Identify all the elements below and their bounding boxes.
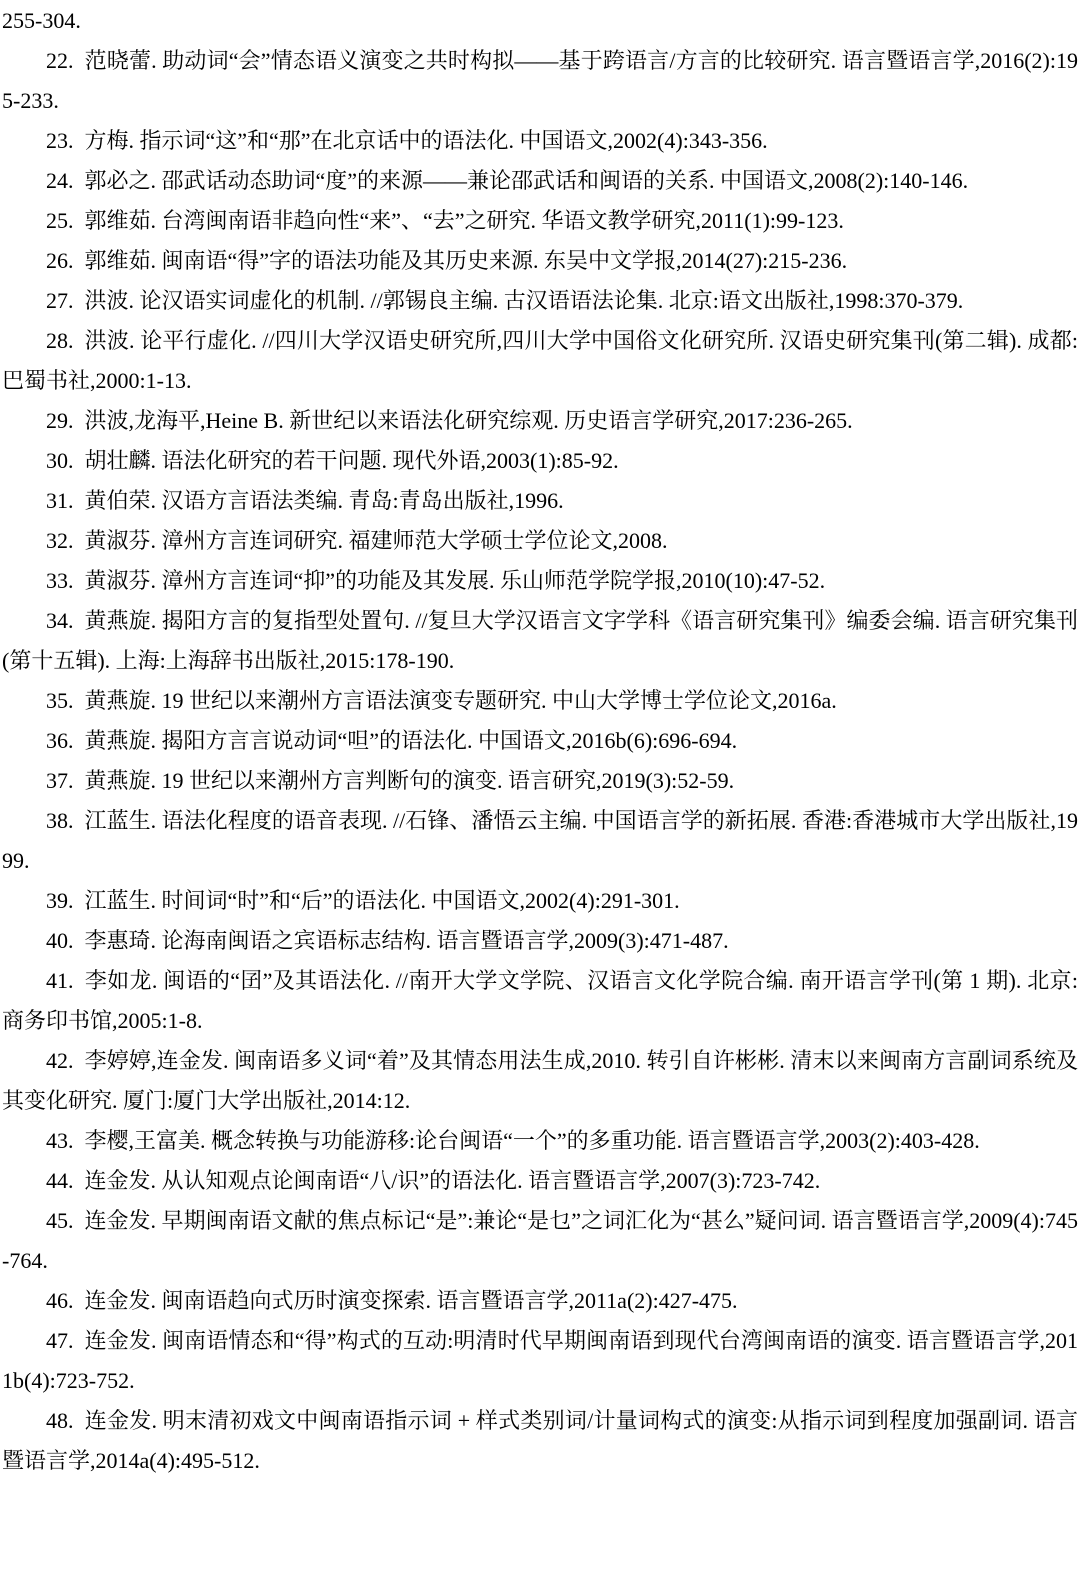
reference-entry: 27. 洪波. 论汉语实词虚化的机制. //郭锡良主编. 古汉语语法论集. 北京… — [2, 281, 1078, 321]
reference-entry: 39. 江蓝生. 时间词“时”和“后”的语法化. 中国语文,2002(4):29… — [2, 881, 1078, 921]
reference-entry: 35. 黄燕旋. 19 世纪以来潮州方言语法演变专题研究. 中山大学博士学位论文… — [2, 681, 1078, 721]
reference-entry: 37. 黄燕旋. 19 世纪以来潮州方言判断句的演变. 语言研究,2019(3)… — [2, 761, 1078, 801]
reference-entry: 26. 郭维茹. 闽南语“得”字的语法功能及其历史来源. 东吴中文学报,2014… — [2, 241, 1078, 281]
reference-entry: 43. 李樱,王富美. 概念转换与功能游移:论台闽语“一个”的多重功能. 语言暨… — [2, 1121, 1078, 1161]
reference-entry: 23. 方梅. 指示词“这”和“那”在北京话中的语法化. 中国语文,2002(4… — [2, 121, 1078, 161]
reference-entry: 42. 李婷婷,连金发. 闽南语多义词“着”及其情态用法生成,2010. 转引自… — [2, 1041, 1078, 1121]
reference-entry: 30. 胡壮麟. 语法化研究的若干问题. 现代外语,2003(1):85-92. — [2, 441, 1078, 481]
reference-entry: 31. 黄伯荣. 汉语方言语法类编. 青岛:青岛出版社,1996. — [2, 481, 1078, 521]
reference-continuation-fragment: 255-304. — [2, 1, 1078, 41]
reference-entry: 29. 洪波,龙海平,Heine B. 新世纪以来语法化研究综观. 历史语言学研… — [2, 401, 1078, 441]
reference-entry: 44. 连金发. 从认知观点论闽南语“八/识”的语法化. 语言暨语言学,2007… — [2, 1161, 1078, 1201]
reference-entry: 32. 黄淑芬. 漳州方言连词研究. 福建师范大学硕士学位论文,2008. — [2, 521, 1078, 561]
reference-entry: 46. 连金发. 闽南语趋向式历时演变探索. 语言暨语言学,2011a(2):4… — [2, 1281, 1078, 1321]
reference-entry: 41. 李如龙. 闽语的“囝”及其语法化. //南开大学文学院、汉语言文化学院合… — [2, 961, 1078, 1041]
reference-entry: 25. 郭维茹. 台湾闽南语非趋向性“来”、“去”之研究. 华语文教学研究,20… — [2, 201, 1078, 241]
reference-entry: 45. 连金发. 早期闽南语文献的焦点标记“是”:兼论“是乜”之词汇化为“甚么”… — [2, 1201, 1078, 1281]
reference-entry: 34. 黄燕旋. 揭阳方言的复指型处置句. //复旦大学汉语言文字学科《语言研究… — [2, 601, 1078, 681]
reference-entry: 48. 连金发. 明末清初戏文中闽南语指示词 + 样式类别词/计量词构式的演变:… — [2, 1401, 1078, 1481]
reference-entry: 24. 郭必之. 邵武话动态助词“度”的来源——兼论邵武话和闽语的关系. 中国语… — [2, 161, 1078, 201]
reference-entry: 36. 黄燕旋. 揭阳方言言说动词“呾”的语法化. 中国语文,2016b(6):… — [2, 721, 1078, 761]
reference-entry: 28. 洪波. 论平行虚化. //四川大学汉语史研究所,四川大学中国俗文化研究所… — [2, 321, 1078, 401]
reference-entry: 22. 范晓蕾. 助动词“会”情态语义演变之共时构拟——基于跨语言/方言的比较研… — [2, 41, 1078, 121]
reference-entry: 33. 黄淑芬. 漳州方言连词“抑”的功能及其发展. 乐山师范学院学报,2010… — [2, 561, 1078, 601]
reference-entry: 47. 连金发. 闽南语情态和“得”构式的互动:明清时代早期闽南语到现代台湾闽南… — [2, 1321, 1078, 1401]
reference-entry: 40. 李惠琦. 论海南闽语之宾语标志结构. 语言暨语言学,2009(3):47… — [2, 921, 1078, 961]
reference-entry: 38. 江蓝生. 语法化程度的语音表现. //石锋、潘悟云主编. 中国语言学的新… — [2, 801, 1078, 881]
references-page: 255-304. 22. 范晓蕾. 助动词“会”情态语义演变之共时构拟——基于跨… — [0, 0, 1080, 1592]
